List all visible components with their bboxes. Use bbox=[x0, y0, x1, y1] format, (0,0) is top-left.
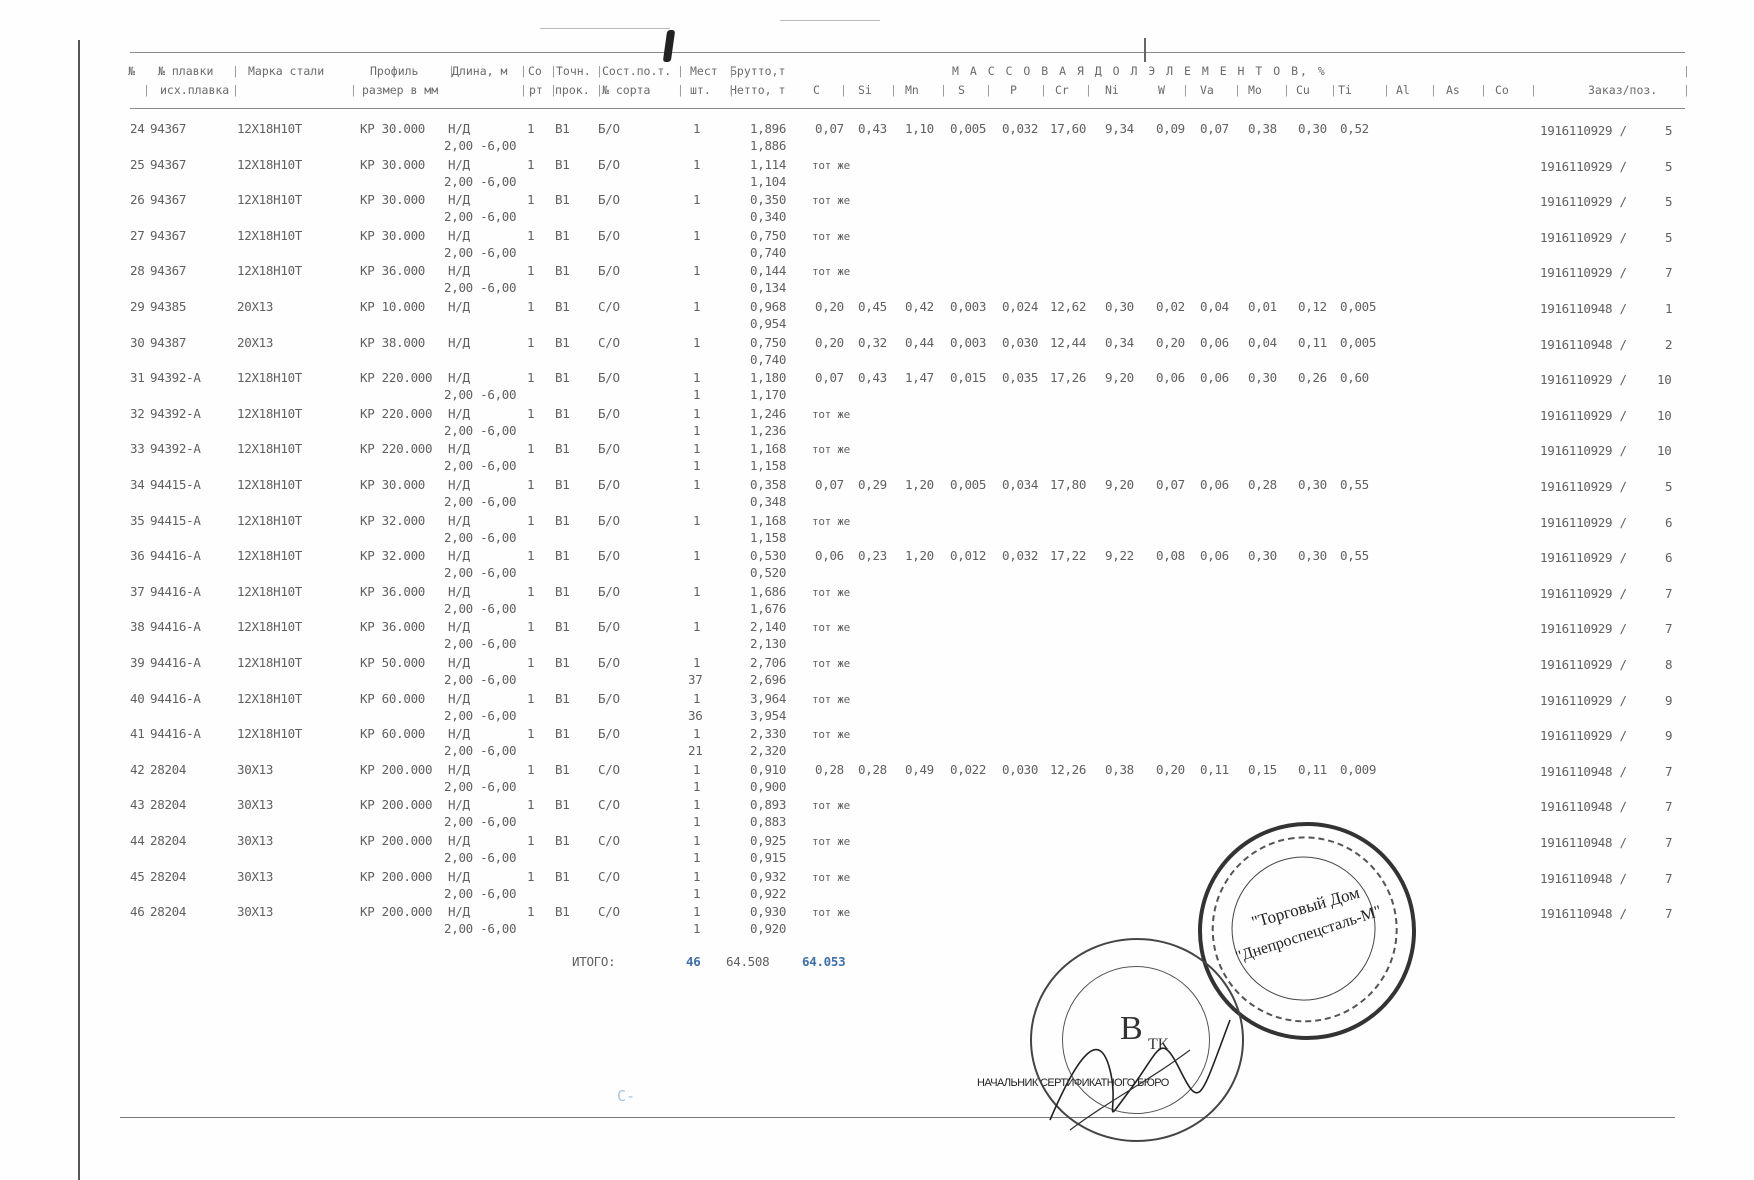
sort-grade: 1 bbox=[527, 157, 534, 172]
net-weight: 1,104 bbox=[750, 174, 786, 189]
steel-grade: 12Х18Н10Т bbox=[237, 406, 302, 421]
header-element-as: As bbox=[1446, 83, 1460, 97]
net-weight: 1,158 bbox=[750, 530, 786, 545]
steel-grade: 20Х13 bbox=[237, 335, 273, 350]
row-number: 30 bbox=[130, 335, 144, 350]
same-as-above: тот же bbox=[812, 728, 850, 741]
steel-grade: 12Х18Н10Т bbox=[237, 513, 302, 528]
melt-number: 94385 bbox=[150, 299, 186, 314]
profile-size: КР 200.000 bbox=[360, 869, 432, 884]
net-weight: 0,520 bbox=[750, 565, 786, 580]
rolling-accuracy: В1 bbox=[555, 121, 569, 136]
rolling-accuracy: В1 bbox=[555, 406, 569, 421]
melt-number: 94416-А bbox=[150, 584, 201, 599]
profile-size: КР 200.000 bbox=[360, 762, 432, 777]
profile-size: КР 60.000 bbox=[360, 726, 425, 741]
same-as-above: тот же bbox=[812, 586, 850, 599]
row-number: 26 bbox=[130, 192, 144, 207]
sort-grade: 1 bbox=[527, 370, 534, 385]
header-separator: | bbox=[1530, 83, 1537, 97]
chem-value: 0,20 bbox=[1156, 335, 1185, 350]
net-weight: 0,740 bbox=[750, 245, 786, 260]
header-separator: | bbox=[728, 64, 735, 78]
rolling-accuracy: В1 bbox=[555, 441, 569, 456]
chem-value: 0,003 bbox=[950, 299, 986, 314]
header-separator: | bbox=[448, 64, 455, 78]
header-steel: Марка стали bbox=[248, 64, 324, 78]
melt-number: 94367 bbox=[150, 263, 186, 278]
row-number: 33 bbox=[130, 441, 144, 456]
net-weight: 0,954 bbox=[750, 316, 786, 331]
header-separator: | bbox=[840, 83, 847, 97]
rolling-accuracy: В1 bbox=[555, 726, 569, 741]
header-separator: | bbox=[232, 64, 239, 78]
order-number: 1916110948 / bbox=[1540, 906, 1627, 921]
sort-grade: 1 bbox=[527, 477, 534, 492]
net-weight: 2,696 bbox=[750, 672, 786, 687]
header-separator: | bbox=[550, 64, 557, 78]
profile-size: КР 36.000 bbox=[360, 584, 425, 599]
chem-value: 0,29 bbox=[858, 477, 887, 492]
gross-weight: 0,893 bbox=[750, 797, 786, 812]
chem-value: 12,62 bbox=[1050, 299, 1086, 314]
melt-number: 28204 bbox=[150, 869, 186, 884]
chem-value: 0,43 bbox=[858, 370, 887, 385]
row-number: 31 bbox=[130, 370, 144, 385]
places-count: 1 bbox=[693, 584, 700, 599]
melt-number: 94367 bbox=[150, 121, 186, 136]
length-nd: Н/Д bbox=[448, 691, 470, 706]
header-separator: | bbox=[940, 83, 947, 97]
places-count: 1 bbox=[693, 869, 700, 884]
scan-mark bbox=[540, 28, 670, 29]
chem-value: 0,005 bbox=[950, 121, 986, 136]
row-number: 27 bbox=[130, 228, 144, 243]
steel-grade: 12Х18Н10Т bbox=[237, 548, 302, 563]
sort-grade: 1 bbox=[527, 726, 534, 741]
length-nd: Н/Д bbox=[448, 584, 470, 599]
chem-value: 0,06 bbox=[1200, 477, 1229, 492]
header-element-cu: Cu bbox=[1296, 83, 1310, 97]
order-number: 1916110929 / bbox=[1540, 621, 1627, 636]
length-nd: Н/Д bbox=[448, 726, 470, 741]
chem-value: 9,22 bbox=[1105, 548, 1134, 563]
steel-grade: 30Х13 bbox=[237, 762, 273, 777]
order-position: 7 bbox=[1665, 764, 1672, 779]
gross-weight: 2,140 bbox=[750, 619, 786, 634]
gross-weight: 0,530 bbox=[750, 548, 786, 563]
chem-value: 0,30 bbox=[1248, 548, 1277, 563]
sort-grade: 1 bbox=[527, 655, 534, 670]
chem-value: 0,07 bbox=[815, 121, 844, 136]
chem-value: 0,30 bbox=[1298, 548, 1327, 563]
length-nd: Н/Д bbox=[448, 370, 470, 385]
header-separator: | bbox=[143, 83, 150, 97]
profile-size: КР 32.000 bbox=[360, 513, 425, 528]
places-count: 1 bbox=[693, 121, 700, 136]
header-melt: № плавки bbox=[158, 64, 213, 78]
chem-value: 0,06 bbox=[1200, 548, 1229, 563]
chem-value: 0,024 bbox=[1002, 299, 1038, 314]
order-position: 9 bbox=[1665, 693, 1672, 708]
places-count-2: 36 bbox=[688, 708, 702, 723]
chem-value: 0,30 bbox=[1298, 121, 1327, 136]
order-position: 5 bbox=[1665, 479, 1672, 494]
sort-grade: 1 bbox=[527, 228, 534, 243]
row-number: 43 bbox=[130, 797, 144, 812]
length-range: 2,00 -6,00 bbox=[444, 387, 516, 402]
row-number: 40 bbox=[130, 691, 144, 706]
length-nd: Н/Д bbox=[448, 548, 470, 563]
places-count: 1 bbox=[693, 762, 700, 777]
header-separator: | bbox=[1182, 83, 1189, 97]
chem-value: 0,38 bbox=[1248, 121, 1277, 136]
length-nd: Н/Д bbox=[448, 904, 470, 919]
header-element-co: Co bbox=[1495, 83, 1509, 97]
chem-value: 0,32 bbox=[858, 335, 887, 350]
chem-value: 12,44 bbox=[1050, 335, 1086, 350]
chem-value: 0,08 bbox=[1156, 548, 1185, 563]
net-weight: 0,915 bbox=[750, 850, 786, 865]
delivery-state: Б/О bbox=[598, 513, 620, 528]
places-count-2: 37 bbox=[688, 672, 702, 687]
rolling-accuracy: В1 bbox=[555, 370, 569, 385]
chem-value: 0,003 bbox=[950, 335, 986, 350]
net-weight: 0,134 bbox=[750, 280, 786, 295]
chem-value: 0,04 bbox=[1248, 335, 1277, 350]
scan-mark bbox=[1144, 38, 1146, 62]
places-count: 1 bbox=[693, 406, 700, 421]
same-as-above: тот же bbox=[812, 408, 850, 421]
rolling-accuracy: В1 bbox=[555, 477, 569, 492]
gross-weight: 1,246 bbox=[750, 406, 786, 421]
delivery-state: С/О bbox=[598, 833, 620, 848]
chem-value: 0,23 bbox=[858, 548, 887, 563]
length-range: 2,00 -6,00 bbox=[444, 850, 516, 865]
net-weight: 0,348 bbox=[750, 494, 786, 509]
steel-grade: 12Х18Н10Т bbox=[237, 157, 302, 172]
sort-grade: 1 bbox=[527, 513, 534, 528]
scan-mark bbox=[780, 20, 880, 21]
rolling-accuracy: В1 bbox=[555, 904, 569, 919]
order-number: 1916110929 / bbox=[1540, 443, 1627, 458]
delivery-state: Б/О bbox=[598, 584, 620, 599]
header-separator: | bbox=[520, 64, 527, 78]
header-grade-2: рт bbox=[529, 83, 543, 97]
chem-value: 0,60 bbox=[1340, 370, 1369, 385]
order-position: 7 bbox=[1665, 621, 1672, 636]
sort-grade: 1 bbox=[527, 833, 534, 848]
header-num: № bbox=[128, 64, 135, 78]
same-as-above: тот же bbox=[812, 871, 850, 884]
places-count: 1 bbox=[693, 263, 700, 278]
length-range: 2,00 -6,00 bbox=[444, 886, 516, 901]
chem-value: 0,030 bbox=[1002, 335, 1038, 350]
row-number: 37 bbox=[130, 584, 144, 599]
header-state-2: № сорта bbox=[602, 83, 650, 97]
sort-grade: 1 bbox=[527, 869, 534, 884]
length-nd: Н/Д bbox=[448, 762, 470, 777]
profile-size: КР 30.000 bbox=[360, 477, 425, 492]
profile-size: КР 220.000 bbox=[360, 406, 432, 421]
rolling-accuracy: В1 bbox=[555, 869, 569, 884]
header-accuracy: Точн. bbox=[556, 64, 591, 78]
places-count-2: 1 bbox=[693, 779, 700, 794]
sort-grade: 1 bbox=[527, 762, 534, 777]
header-separator: | bbox=[520, 83, 527, 97]
places-count: 1 bbox=[693, 477, 700, 492]
rolling-accuracy: В1 bbox=[555, 157, 569, 172]
length-nd: Н/Д bbox=[448, 157, 470, 172]
header-separator: | bbox=[677, 64, 684, 78]
order-position: 5 bbox=[1665, 194, 1672, 209]
order-number: 1916110948 / bbox=[1540, 799, 1627, 814]
places-count: 1 bbox=[693, 619, 700, 634]
melt-number: 94415-А bbox=[150, 477, 201, 492]
same-as-above: тот же bbox=[812, 799, 850, 812]
chem-value: 0,12 bbox=[1298, 299, 1327, 314]
delivery-state: Б/О bbox=[598, 121, 620, 136]
gross-weight: 1,686 bbox=[750, 584, 786, 599]
places-count-2: 1 bbox=[693, 886, 700, 901]
gross-weight: 0,750 bbox=[750, 228, 786, 243]
order-number: 1916110929 / bbox=[1540, 515, 1627, 530]
header-places: Мест bbox=[690, 64, 718, 78]
order-number: 1916110948 / bbox=[1540, 337, 1627, 352]
order-number: 1916110929 / bbox=[1540, 123, 1627, 138]
row-number: 42 bbox=[130, 762, 144, 777]
order-number: 1916110929 / bbox=[1540, 728, 1627, 743]
rolling-accuracy: В1 bbox=[555, 192, 569, 207]
left-scan-edge bbox=[78, 40, 80, 1180]
chem-value: 0,030 bbox=[1002, 762, 1038, 777]
places-count: 1 bbox=[693, 548, 700, 563]
places-count-2: 1 bbox=[693, 387, 700, 402]
order-position: 8 bbox=[1665, 657, 1672, 672]
header-separator: | bbox=[890, 83, 897, 97]
steel-grade: 30Х13 bbox=[237, 904, 273, 919]
steel-grade: 12Х18Н10Т bbox=[237, 477, 302, 492]
header-separator: | bbox=[232, 83, 239, 97]
length-nd: Н/Д bbox=[448, 513, 470, 528]
delivery-state: С/О bbox=[598, 797, 620, 812]
same-as-above: тот же bbox=[812, 657, 850, 670]
profile-size: КР 30.000 bbox=[360, 157, 425, 172]
order-position: 7 bbox=[1665, 586, 1672, 601]
chem-value: 0,20 bbox=[1156, 762, 1185, 777]
gross-weight: 1,180 bbox=[750, 370, 786, 385]
header-element-ni: Ni bbox=[1105, 83, 1119, 97]
delivery-state: Б/О bbox=[598, 619, 620, 634]
header-separator: | bbox=[677, 83, 684, 97]
chem-value: 17,26 bbox=[1050, 370, 1086, 385]
delivery-state: Б/О bbox=[598, 157, 620, 172]
length-range: 2,00 -6,00 bbox=[444, 280, 516, 295]
order-position: 9 bbox=[1665, 728, 1672, 743]
length-nd: Н/Д bbox=[448, 335, 470, 350]
header-net: Нетто, т bbox=[730, 83, 785, 97]
header-separator: | bbox=[1234, 83, 1241, 97]
row-number: 46 bbox=[130, 904, 144, 919]
rolling-accuracy: В1 bbox=[555, 263, 569, 278]
melt-number: 94416-А bbox=[150, 726, 201, 741]
rolling-accuracy: В1 bbox=[555, 584, 569, 599]
length-nd: Н/Д bbox=[448, 121, 470, 136]
chem-value: 0,30 bbox=[1105, 299, 1134, 314]
places-count: 1 bbox=[693, 335, 700, 350]
melt-number: 94367 bbox=[150, 157, 186, 172]
sort-grade: 1 bbox=[527, 691, 534, 706]
length-range: 2,00 -6,00 bbox=[444, 494, 516, 509]
delivery-state: Б/О bbox=[598, 406, 620, 421]
length-nd: Н/Д bbox=[448, 263, 470, 278]
header-element-ti: Ti bbox=[1338, 83, 1352, 97]
gross-weight: 2,706 bbox=[750, 655, 786, 670]
profile-size: КР 30.000 bbox=[360, 121, 425, 136]
places-count: 1 bbox=[693, 691, 700, 706]
melt-number: 94367 bbox=[150, 228, 186, 243]
header-separator: | bbox=[1040, 83, 1047, 97]
delivery-state: Б/О bbox=[598, 655, 620, 670]
order-number: 1916110929 / bbox=[1540, 586, 1627, 601]
footer-mark: С- bbox=[617, 1087, 635, 1105]
header-separator: | bbox=[1430, 83, 1437, 97]
profile-size: КР 32.000 bbox=[360, 548, 425, 563]
gross-weight: 0,144 bbox=[750, 263, 786, 278]
length-range: 2,00 -6,00 bbox=[444, 779, 516, 794]
sort-grade: 1 bbox=[527, 192, 534, 207]
profile-size: КР 30.000 bbox=[360, 192, 425, 207]
delivery-state: Б/О bbox=[598, 370, 620, 385]
melt-number: 94416-А bbox=[150, 619, 201, 634]
same-as-above: тот же bbox=[812, 621, 850, 634]
delivery-state: С/О bbox=[598, 762, 620, 777]
chem-value: 0,55 bbox=[1340, 477, 1369, 492]
gross-weight: 2,330 bbox=[750, 726, 786, 741]
melt-number: 28204 bbox=[150, 833, 186, 848]
same-as-above: тот же bbox=[812, 265, 850, 278]
chem-value: 1,10 bbox=[905, 121, 934, 136]
net-weight: 1,676 bbox=[750, 601, 786, 616]
delivery-state: Б/О bbox=[598, 726, 620, 741]
chem-value: 0,04 bbox=[1200, 299, 1229, 314]
gross-weight: 0,350 bbox=[750, 192, 786, 207]
row-number: 36 bbox=[130, 548, 144, 563]
profile-size: КР 36.000 bbox=[360, 619, 425, 634]
order-position: 5 bbox=[1665, 123, 1672, 138]
sort-grade: 1 bbox=[527, 299, 534, 314]
chem-value: 0,07 bbox=[815, 370, 844, 385]
length-range: 2,00 -6,00 bbox=[444, 565, 516, 580]
rolling-accuracy: В1 bbox=[555, 797, 569, 812]
places-count: 1 bbox=[693, 370, 700, 385]
gross-weight: 0,358 bbox=[750, 477, 786, 492]
gross-weight: 1,168 bbox=[750, 513, 786, 528]
chem-value: 0,30 bbox=[1248, 370, 1277, 385]
delivery-state: Б/О bbox=[598, 691, 620, 706]
profile-size: КР 220.000 bbox=[360, 441, 432, 456]
header-separator: | bbox=[350, 83, 357, 97]
chem-value: 9,34 bbox=[1105, 121, 1134, 136]
chem-value: 1,47 bbox=[905, 370, 934, 385]
header-element-w: W bbox=[1158, 83, 1165, 97]
header-places-2: шт. bbox=[690, 83, 711, 97]
chem-value: 0,15 bbox=[1248, 762, 1277, 777]
chem-value: 0,44 bbox=[905, 335, 934, 350]
net-weight: 1,236 bbox=[750, 423, 786, 438]
melt-number: 94416-А bbox=[150, 655, 201, 670]
chem-value: 0,06 bbox=[1156, 370, 1185, 385]
totals-gross: 64.508 bbox=[726, 954, 769, 969]
length-range: 2,00 -6,00 bbox=[444, 743, 516, 758]
row-number: 41 bbox=[130, 726, 144, 741]
order-number: 1916110929 / bbox=[1540, 159, 1627, 174]
gross-weight: 1,168 bbox=[750, 441, 786, 456]
net-weight: 0,922 bbox=[750, 886, 786, 901]
order-position: 7 bbox=[1665, 799, 1672, 814]
chem-value: 12,26 bbox=[1050, 762, 1086, 777]
net-weight: 0,340 bbox=[750, 209, 786, 224]
same-as-above: тот же bbox=[812, 693, 850, 706]
melt-number: 94416-А bbox=[150, 548, 201, 563]
chem-value: 17,22 bbox=[1050, 548, 1086, 563]
header-element-s: S bbox=[958, 83, 965, 97]
header-grade: Со bbox=[528, 64, 542, 78]
chem-value: 0,005 bbox=[1340, 299, 1376, 314]
header-separator: | bbox=[985, 83, 992, 97]
net-weight: 2,130 bbox=[750, 636, 786, 651]
steel-grade: 12Х18Н10Т bbox=[237, 370, 302, 385]
chem-value: 0,20 bbox=[815, 299, 844, 314]
delivery-state: Б/О bbox=[598, 477, 620, 492]
chem-value: 0,42 bbox=[905, 299, 934, 314]
net-weight: 3,954 bbox=[750, 708, 786, 723]
chem-value: 0,005 bbox=[1340, 335, 1376, 350]
places-count-2: 1 bbox=[693, 921, 700, 936]
header-rule bbox=[130, 108, 1685, 109]
totals-label: ИТОГО: bbox=[572, 954, 615, 969]
delivery-state: Б/О bbox=[598, 192, 620, 207]
sort-grade: 1 bbox=[527, 797, 534, 812]
net-weight: 2,320 bbox=[750, 743, 786, 758]
length-range: 2,00 -6,00 bbox=[444, 458, 516, 473]
places-count-2: 1 bbox=[693, 814, 700, 829]
chem-value: 1,20 bbox=[905, 548, 934, 563]
chem-value: 0,11 bbox=[1298, 335, 1327, 350]
order-position: 7 bbox=[1665, 906, 1672, 921]
chem-value: 0,06 bbox=[1200, 335, 1229, 350]
profile-size: КР 10.000 bbox=[360, 299, 425, 314]
header-separator: | bbox=[1480, 83, 1487, 97]
chem-value: 0,26 bbox=[1298, 370, 1327, 385]
header-element-si: Si bbox=[858, 83, 872, 97]
header-separator: | bbox=[596, 83, 603, 97]
header-gross: Брутто,т bbox=[730, 64, 785, 78]
melt-number: 94392-А bbox=[150, 441, 201, 456]
rolling-accuracy: В1 bbox=[555, 335, 569, 350]
scan-mark bbox=[663, 30, 675, 62]
sort-grade: 1 bbox=[527, 406, 534, 421]
header-element-mo: Mo bbox=[1248, 83, 1262, 97]
header-element-cr: Cr bbox=[1055, 83, 1069, 97]
profile-size: КР 200.000 bbox=[360, 797, 432, 812]
chem-value: 0,07 bbox=[1200, 121, 1229, 136]
length-nd: Н/Д bbox=[448, 619, 470, 634]
same-as-above: тот же bbox=[812, 159, 850, 172]
order-position: 7 bbox=[1665, 265, 1672, 280]
melt-number: 94416-А bbox=[150, 691, 201, 706]
header-separator: | bbox=[1383, 83, 1390, 97]
